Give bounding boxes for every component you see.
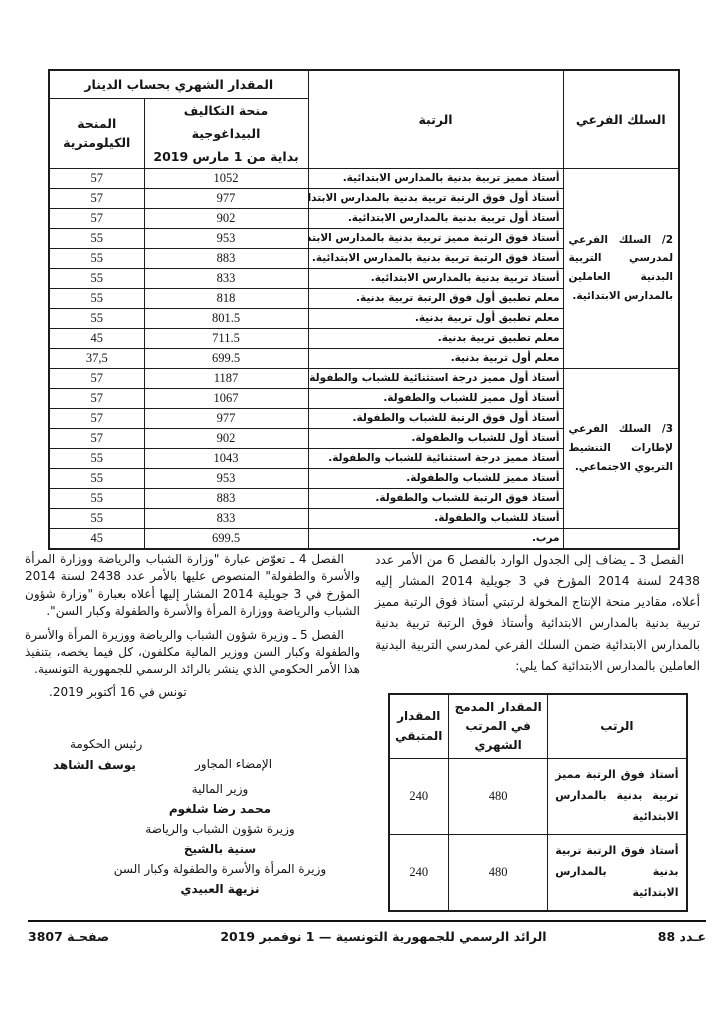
pedagogical-cell: 1067 — [144, 388, 308, 408]
grade-cell: معلم تطبيق تربية بدنية. — [308, 328, 563, 348]
pedagogical-cell: 883 — [144, 488, 308, 508]
col-header-merged-amount: المقدار المدمج في المرتب الشهري — [449, 694, 548, 759]
pedagogical-cell: 1052 — [144, 168, 308, 188]
subcorps-group-3-label: 3/ السلك الفرعي لإطارات التنشيط التربوي … — [563, 368, 679, 528]
remaining-amount-cell: 240 — [389, 759, 449, 835]
article-4-paragraph: الفصل 4 ـ تعوّض عبارة "وزارة الشباب والر… — [25, 551, 360, 621]
table-row: مرب. 699.5 45 — [49, 528, 679, 549]
footer-dash: — — [319, 929, 332, 944]
minister-name: محمد رضا شلغوم — [80, 799, 360, 819]
merged-amount-cell: 480 — [449, 835, 548, 911]
col-header-monthly-amount: المقدار الشهري بحساب الدينار — [49, 70, 308, 98]
col-header-remaining-amount: المقدار المتبقي — [389, 694, 449, 759]
kilometric-cell: 45 — [49, 528, 144, 549]
minister-name: نزيهة العبيدي — [80, 879, 360, 899]
kilometric-cell: 55 — [49, 248, 144, 268]
issue-number: عـدد 88 — [658, 929, 706, 944]
pedagogical-cell: 953 — [144, 228, 308, 248]
pedagogical-cell: 699.5 — [144, 528, 308, 549]
kilometric-cell: 57 — [49, 388, 144, 408]
page-footer: عـدد 88 الرائد الرسمي للجمهورية التونسية… — [28, 920, 706, 944]
pedagogical-cell: 711.5 — [144, 328, 308, 348]
signature-block: رئيس الحكومة الإمضاء المجاور يوسف الشاهد… — [25, 733, 360, 903]
article-5-paragraph: الفصل 5 ـ وزيرة شؤون الشباب والرياضة ووز… — [25, 627, 360, 679]
pedagogical-cell: 833 — [144, 508, 308, 528]
minister-title: وزيرة المرأة والأسرة والطفولة وكبار السن — [80, 859, 360, 879]
grade-cell: أستاذ فوق الرتبة للشباب والطفولة. — [308, 488, 563, 508]
kilometric-cell: 55 — [49, 268, 144, 288]
grade-cell: أستاذ فوق الرتبة تربية بدنية بالمدارس ال… — [308, 248, 563, 268]
pm-title: رئيس الحكومة — [70, 737, 142, 751]
pedagogical-cell: 833 — [144, 268, 308, 288]
remaining-amount-cell: 240 — [389, 835, 449, 911]
article-3-paragraph: الفصل 3 ـ يضاف إلى الجدول الوارد بالفصل … — [375, 550, 700, 677]
grade-cell: أستاذ أول تربية بدنية بالمدارس الابتدائي… — [308, 208, 563, 228]
grade-cell: أستاذ أول للشباب والطفولة. — [308, 428, 563, 448]
col-header-grade: الرتبة — [308, 70, 563, 168]
grade-cell: أستاذ أول مميز درجة استثنائية للشباب وال… — [308, 368, 563, 388]
grade-cell: أستاذ مميز للشباب والطفولة. — [308, 468, 563, 488]
grade-cell: أستاذ فوق الرتبة مميز تربية بدنية بالمدا… — [548, 759, 687, 835]
subcorps-group-2-label: 2/ السلك الفرعي لمدرسي التربية البدنية ا… — [563, 168, 679, 368]
pedagogical-cell: 977 — [144, 188, 308, 208]
table-row: 2/ السلك الفرعي لمدرسي التربية البدنية ا… — [49, 168, 679, 188]
pedagogical-cell: 902 — [144, 208, 308, 228]
grade-cell: أستاذ للشباب والطفولة. — [308, 508, 563, 528]
grade-cell: أستاذ تربية بدنية بالمدارس الابتدائية. — [308, 268, 563, 288]
kilometric-cell: 55 — [49, 228, 144, 248]
pedagogical-cell: 977 — [144, 408, 308, 428]
grade-cell: مرب. — [308, 528, 563, 549]
pedagogical-cell: 699.5 — [144, 348, 308, 368]
minister-title: وزيرة شؤون الشباب والرياضة — [80, 819, 360, 839]
pedagogical-cell: 953 — [144, 468, 308, 488]
pedagogical-cell: 1187 — [144, 368, 308, 388]
pedagogical-cell: 902 — [144, 428, 308, 448]
table-row: أستاذ فوق الرتبة تربية بدنية بالمدارس ال… — [389, 835, 687, 911]
table-row: 3/ السلك الفرعي لإطارات التنشيط التربوي … — [49, 368, 679, 388]
kilometric-cell: 55 — [49, 468, 144, 488]
kilometric-cell: 57 — [49, 188, 144, 208]
col-header-pedagogical: منحة التكاليف البيداغوجية بداية من 1 مار… — [144, 98, 308, 168]
pedagogical-cell: 883 — [144, 248, 308, 268]
kilometric-cell: 55 — [49, 448, 144, 468]
column-right: الفصل 3 ـ يضاف إلى الجدول الوارد بالفصل … — [375, 550, 700, 912]
col-header-kilometric: المنحة الكيلومترية — [49, 98, 144, 168]
kilometric-cell: 57 — [49, 208, 144, 228]
grade-cell: أستاذ فوق الرتبة مميز تربية بدنية بالمدا… — [308, 228, 563, 248]
gazette-page: السلك الفرعي الرتبة المقدار الشهري بحساب… — [0, 0, 724, 1024]
kilometric-cell: 57 — [49, 428, 144, 448]
journal-date: 1 نوفمبر 2019 — [220, 929, 314, 944]
grade-cell: أستاذ أول فوق الرتبة للشباب والطفولة. — [308, 408, 563, 428]
subcorps-empty-cell — [563, 528, 679, 549]
kilometric-cell: 45 — [49, 328, 144, 348]
pedagogical-cell: 1043 — [144, 448, 308, 468]
pedagogical-header-line2: بداية من 1 مارس 2019 — [148, 145, 305, 168]
kilometric-cell: 57 — [49, 168, 144, 188]
column-left: الفصل 4 ـ تعوّض عبارة "وزارة الشباب والر… — [25, 551, 360, 699]
kilometric-cell: 37,5 — [49, 348, 144, 368]
journal-title-date: الرائد الرسمي للجمهورية التونسية — 1 نوف… — [220, 929, 546, 944]
table-row: أستاذ فوق الرتبة مميز تربية بدنية بالمدا… — [389, 759, 687, 835]
grade-cell: أستاذ فوق الرتبة تربية بدنية بالمدارس ال… — [548, 835, 687, 911]
grade-cell: معلم تطبيق أول فوق الرتبة تربية بدنية. — [308, 288, 563, 308]
grade-cell: أستاذ مميز تربية بدنية بالمدارس الابتدائ… — [308, 168, 563, 188]
grade-cell: أستاذ أول فوق الرتبة تربية بدنية بالمدار… — [308, 188, 563, 208]
small-table-header-row: الرتب المقدار المدمج في المرتب الشهري ال… — [389, 694, 687, 759]
col-header-grades: الرتب — [548, 694, 687, 759]
kilometric-cell: 55 — [49, 508, 144, 528]
journal-title: الرائد الرسمي للجمهورية التونسية — [336, 929, 547, 944]
kilometric-cell: 55 — [49, 288, 144, 308]
pedagogical-header-line1: منحة التكاليف البيداغوجية — [148, 99, 305, 145]
kilometric-cell: 55 — [49, 308, 144, 328]
allowances-table: السلك الفرعي الرتبة المقدار الشهري بحساب… — [48, 69, 680, 550]
grade-cell: أستاذ مميز درجة استثنائية للشباب والطفول… — [308, 448, 563, 468]
ministers-list: وزير المالية محمد رضا شلغوم وزيرة شؤون ا… — [80, 779, 360, 899]
merged-amount-table: الرتب المقدار المدمج في المرتب الشهري ال… — [388, 693, 688, 912]
col-header-subcorps: السلك الفرعي — [563, 70, 679, 168]
merged-amount-cell: 480 — [449, 759, 548, 835]
grade-cell: أستاذ أول مميز للشباب والطفولة. — [308, 388, 563, 408]
signature-date-line: تونس في 16 أكتوبر 2019. — [25, 685, 360, 699]
table-header-row-1: السلك الفرعي الرتبة المقدار الشهري بحساب… — [49, 70, 679, 98]
pedagogical-cell: 818 — [144, 288, 308, 308]
pedagogical-cell: 801.5 — [144, 308, 308, 328]
kilometric-cell: 57 — [49, 368, 144, 388]
countersign-label: الإمضاء المجاور — [195, 757, 272, 771]
grade-cell: معلم تطبيق أول تربية بدنية. — [308, 308, 563, 328]
minister-name: سنية بالشيخ — [80, 839, 360, 859]
minister-title: وزير المالية — [80, 779, 360, 799]
grade-cell: معلم أول تربية بدنية. — [308, 348, 563, 368]
kilometric-cell: 57 — [49, 408, 144, 428]
page-number: صفحـة 3807 — [28, 929, 109, 944]
kilometric-cell: 55 — [49, 488, 144, 508]
pm-name: يوسف الشاهد — [53, 758, 136, 772]
